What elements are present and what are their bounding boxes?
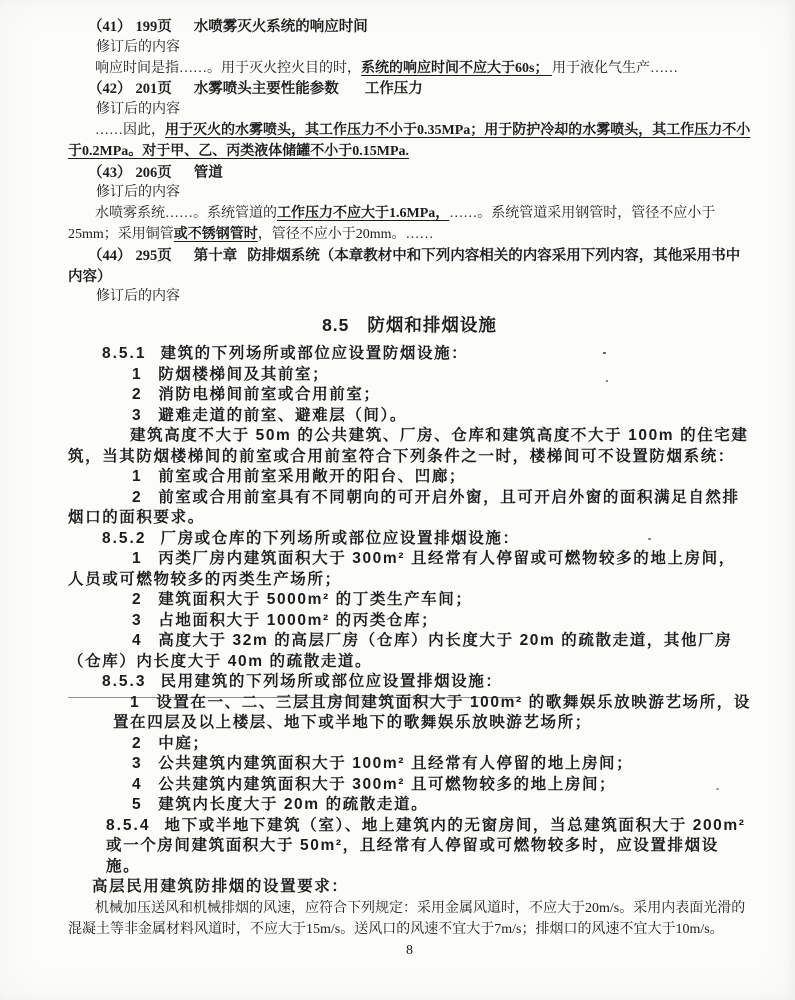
revision-41-title: 水喷雾灭火系统的响应时间 (194, 19, 368, 35)
revision-43-emphasis-2: 或不锈钢管时 (174, 227, 258, 242)
revision-43-page-ref: 206页 (136, 165, 172, 181)
item-text: 建筑内长度大于 20m 的疏散走道。 (158, 796, 428, 813)
item-text: 前室或合用前室采用敞开的阳台、凹廊； (158, 468, 466, 485)
item-number: 5 (132, 796, 142, 813)
scan-speck (603, 352, 606, 354)
item-text: 中庭； (158, 735, 209, 752)
revision-41-body-text: 响应时间是指……。用于灭火控火目的时， (95, 61, 361, 76)
revision-42-emphasis: 用于灭火的水雾喷头，其工作压力不小于0.35MPa；用于防护冷却的水雾喷头，其工… (68, 123, 750, 159)
item-text: 公共建筑内建筑面积大于 100m² 且经常有人停留的地上房间； (158, 755, 633, 772)
revision-43-number: （43） (88, 165, 132, 181)
clause-851-condition-2: 2前室或合用前室具有不同朝向的可开启外窗，且可开启外窗的面积满足自然排烟口的面积… (68, 488, 751, 529)
revision-42-title: 水雾喷头主要性能参数 (194, 81, 339, 97)
revision-43-emphasis-1: 工作压力不应大于1.6MPa， (277, 206, 449, 221)
highrise-requirement-heading: 高层民用建筑防排烟的设置要求： (68, 877, 751, 898)
revision-42-body-text: ……因此， (95, 123, 165, 138)
clause-854-text: 地下或半地下建筑（室）、地上建筑内的无窗房间，当总建筑面积大于 200m² 或一… (106, 817, 746, 875)
item-number: 3 (132, 755, 142, 772)
item-number: 2 (132, 735, 142, 752)
revision-41-number: （41） (88, 19, 132, 35)
revised-content-label: 修订后的内容 (68, 287, 751, 308)
revision-44-heading: （44）295页第十章防排烟系统（本章教材中和下列内容相关的内容采用下列内容，其… (68, 246, 751, 288)
item-text: 前室或合用前室具有不同朝向的可开启外窗，且可开启外窗的面积满足自然排烟口的面积要… (68, 489, 740, 527)
clause-853-item-2: 2中庭； (68, 734, 751, 755)
item-number: 1 (132, 366, 142, 383)
item-text: 设置在一、二、三层且房间建筑面积大于 100m² 的歌舞娱乐放映游艺场所，设置在… (113, 694, 751, 732)
item-text: 防烟楼梯间及其前室； (158, 366, 329, 383)
clause-853-item-1: 1设置在一、二、三层且房间建筑面积大于 100m² 的歌舞娱乐放映游艺场所，设置… (113, 693, 751, 734)
item-number: 4 (132, 632, 142, 649)
item-text: 公共建筑内建筑面积大于 300m² 且可燃物较多的地上房间； (158, 776, 616, 793)
clause-852-text: 厂房或仓库的下列场所或部位应设置排烟设施： (160, 530, 519, 547)
clause-851-item-3: 3避难走道的前室、避难层（间）。 (68, 406, 751, 427)
clause-853-item-5: 5建筑内长度大于 20m 的疏散走道。 (68, 795, 751, 816)
scan-speck (592, 500, 594, 502)
clause-853-text: 民用建筑的下列场所或部位应设置排烟设施： (160, 673, 502, 690)
clause-851-paragraph: 建筑高度不大于 50m 的公共建筑、厂房、仓库和建筑高度不大于 100m 的住宅… (68, 426, 751, 467)
revision-42-page-ref: 201页 (136, 81, 172, 97)
clause-851-number: 8.5.1 (102, 345, 146, 362)
section-title-number: 8.5 (322, 315, 349, 335)
item-text: 建筑面积大于 5000m² 的丁类生产车间； (158, 591, 472, 608)
revision-44-number: （44） (88, 248, 132, 264)
item-text: 高度大于 32m 的高层厂房（仓库）内长度大于 20m 的疏散走道，其他厂房（仓… (68, 632, 732, 670)
clause-851-item-2: 2消防电梯间前室或合用前室； (68, 385, 751, 406)
clause-853-item-3: 3公共建筑内建筑面积大于 100m² 且经常有人停留的地上房间； (68, 754, 751, 775)
clause-853-number: 8.5.3 (102, 673, 146, 690)
revision-41-heading: （41）199页水喷雾灭火系统的响应时间 (68, 17, 751, 38)
revision-43-body: 水喷雾系统……。系统管道的工作压力不应大于1.6MPa，……。系统管道采用钢管时… (68, 204, 751, 246)
clause-851-heading: 8.5.1建筑的下列场所或部位应设置防烟设施： (68, 344, 751, 365)
revision-43-title: 管道 (194, 165, 223, 181)
item-number: 3 (132, 612, 142, 629)
item-number: 2 (132, 489, 142, 506)
revision-43-body-tail: ，管径不应小于20mm。…… (258, 227, 434, 242)
revision-41-body: 响应时间是指……。用于灭火控火目的时，系统的响应时间不应大于60s； 用于液化气… (68, 59, 751, 80)
clause-853-heading: 8.5.3民用建筑的下列场所或部位应设置排烟设施： (68, 672, 751, 693)
clause-852-item-4: 4高度大于 32m 的高层厂房（仓库）内长度大于 20m 的疏散走道，其他厂房（… (68, 631, 751, 672)
item-number: 2 (132, 386, 142, 403)
clause-851-text: 建筑的下列场所或部位应设置防烟设施： (160, 345, 468, 362)
item-number: 1 (132, 468, 142, 485)
clause-853-item-4: 4公共建筑内建筑面积大于 300m² 且可燃物较多的地上房间； (68, 775, 751, 796)
section-title: 8.5防烟和排烟设施 (68, 313, 751, 337)
revision-41-page-ref: 199页 (136, 19, 172, 35)
revised-content-label: 修订后的内容 (68, 100, 751, 121)
clause-852-item-2: 2建筑面积大于 5000m² 的丁类生产车间； (68, 590, 751, 611)
item-text: 消防电梯间前室或合用前室； (158, 386, 380, 403)
scan-speck (648, 538, 651, 540)
revision-42-number: （42） (88, 81, 132, 97)
highrise-requirement-body: 机械加压送风和机械排烟的风速，应符合下列规定：采用金属风道时，不应大于20m/s… (68, 898, 751, 940)
revision-41-body-tail: 用于液化气生产…… (552, 61, 678, 76)
revision-43-heading: （43）206页管道 (68, 163, 751, 184)
revision-43-body-text: 水喷雾系统……。系统管道的 (95, 206, 277, 221)
revision-42-body: ……因此，用于灭火的水雾喷头，其工作压力不小于0.35MPa；用于防护冷却的水雾… (68, 121, 751, 163)
item-number: 1 (132, 550, 142, 567)
item-text: 避难走道的前室、避难层（间）。 (158, 407, 407, 424)
clause-851-item-1: 1防烟楼梯间及其前室； (68, 365, 751, 386)
item-number: 3 (132, 407, 142, 424)
section-title-text: 防烟和排烟设施 (367, 315, 497, 335)
clause-852-number: 8.5.2 (102, 530, 146, 547)
item-number: 4 (132, 776, 142, 793)
revised-content-label: 修订后的内容 (68, 183, 751, 204)
revision-41-emphasis: 系统的响应时间不应大于60s； (361, 61, 552, 76)
scanned-document-page: （41）199页水喷雾灭火系统的响应时间 修订后的内容 响应时间是指……。用于灭… (0, 0, 795, 1000)
revision-42-subtitle: 工作压力 (365, 81, 423, 97)
clause-852-item-3: 3占地面积大于 1000m² 的丙类仓库； (68, 611, 751, 632)
revision-42-heading: （42）201页水雾喷头主要性能参数工作压力 (68, 79, 751, 100)
revision-44-title: 第十章 (194, 248, 238, 264)
revised-content-label: 修订后的内容 (68, 38, 751, 59)
item-text: 占地面积大于 1000m² 的丙类仓库； (158, 612, 438, 629)
scan-speck (606, 380, 608, 382)
scan-line-artifact (68, 697, 520, 698)
item-text: 丙类厂房内建筑面积大于 300m² 且经常有人停留或可燃物较多的地上房间，人员或… (68, 550, 736, 588)
clause-852-item-1: 1丙类厂房内建筑面积大于 300m² 且经常有人停留或可燃物较多的地上房间，人员… (68, 549, 751, 590)
clause-854-heading: 8.5.4地下或半地下建筑（室）、地上建筑内的无窗房间，当总建筑面积大于 200… (106, 816, 751, 878)
page-number: 8 (68, 943, 751, 959)
revision-44-page-ref: 295页 (136, 248, 172, 264)
clause-854-number: 8.5.4 (106, 817, 150, 834)
scan-speck (716, 788, 719, 790)
clause-851-condition-1: 1前室或合用前室采用敞开的阳台、凹廊； (68, 467, 751, 488)
item-number: 2 (132, 591, 142, 608)
